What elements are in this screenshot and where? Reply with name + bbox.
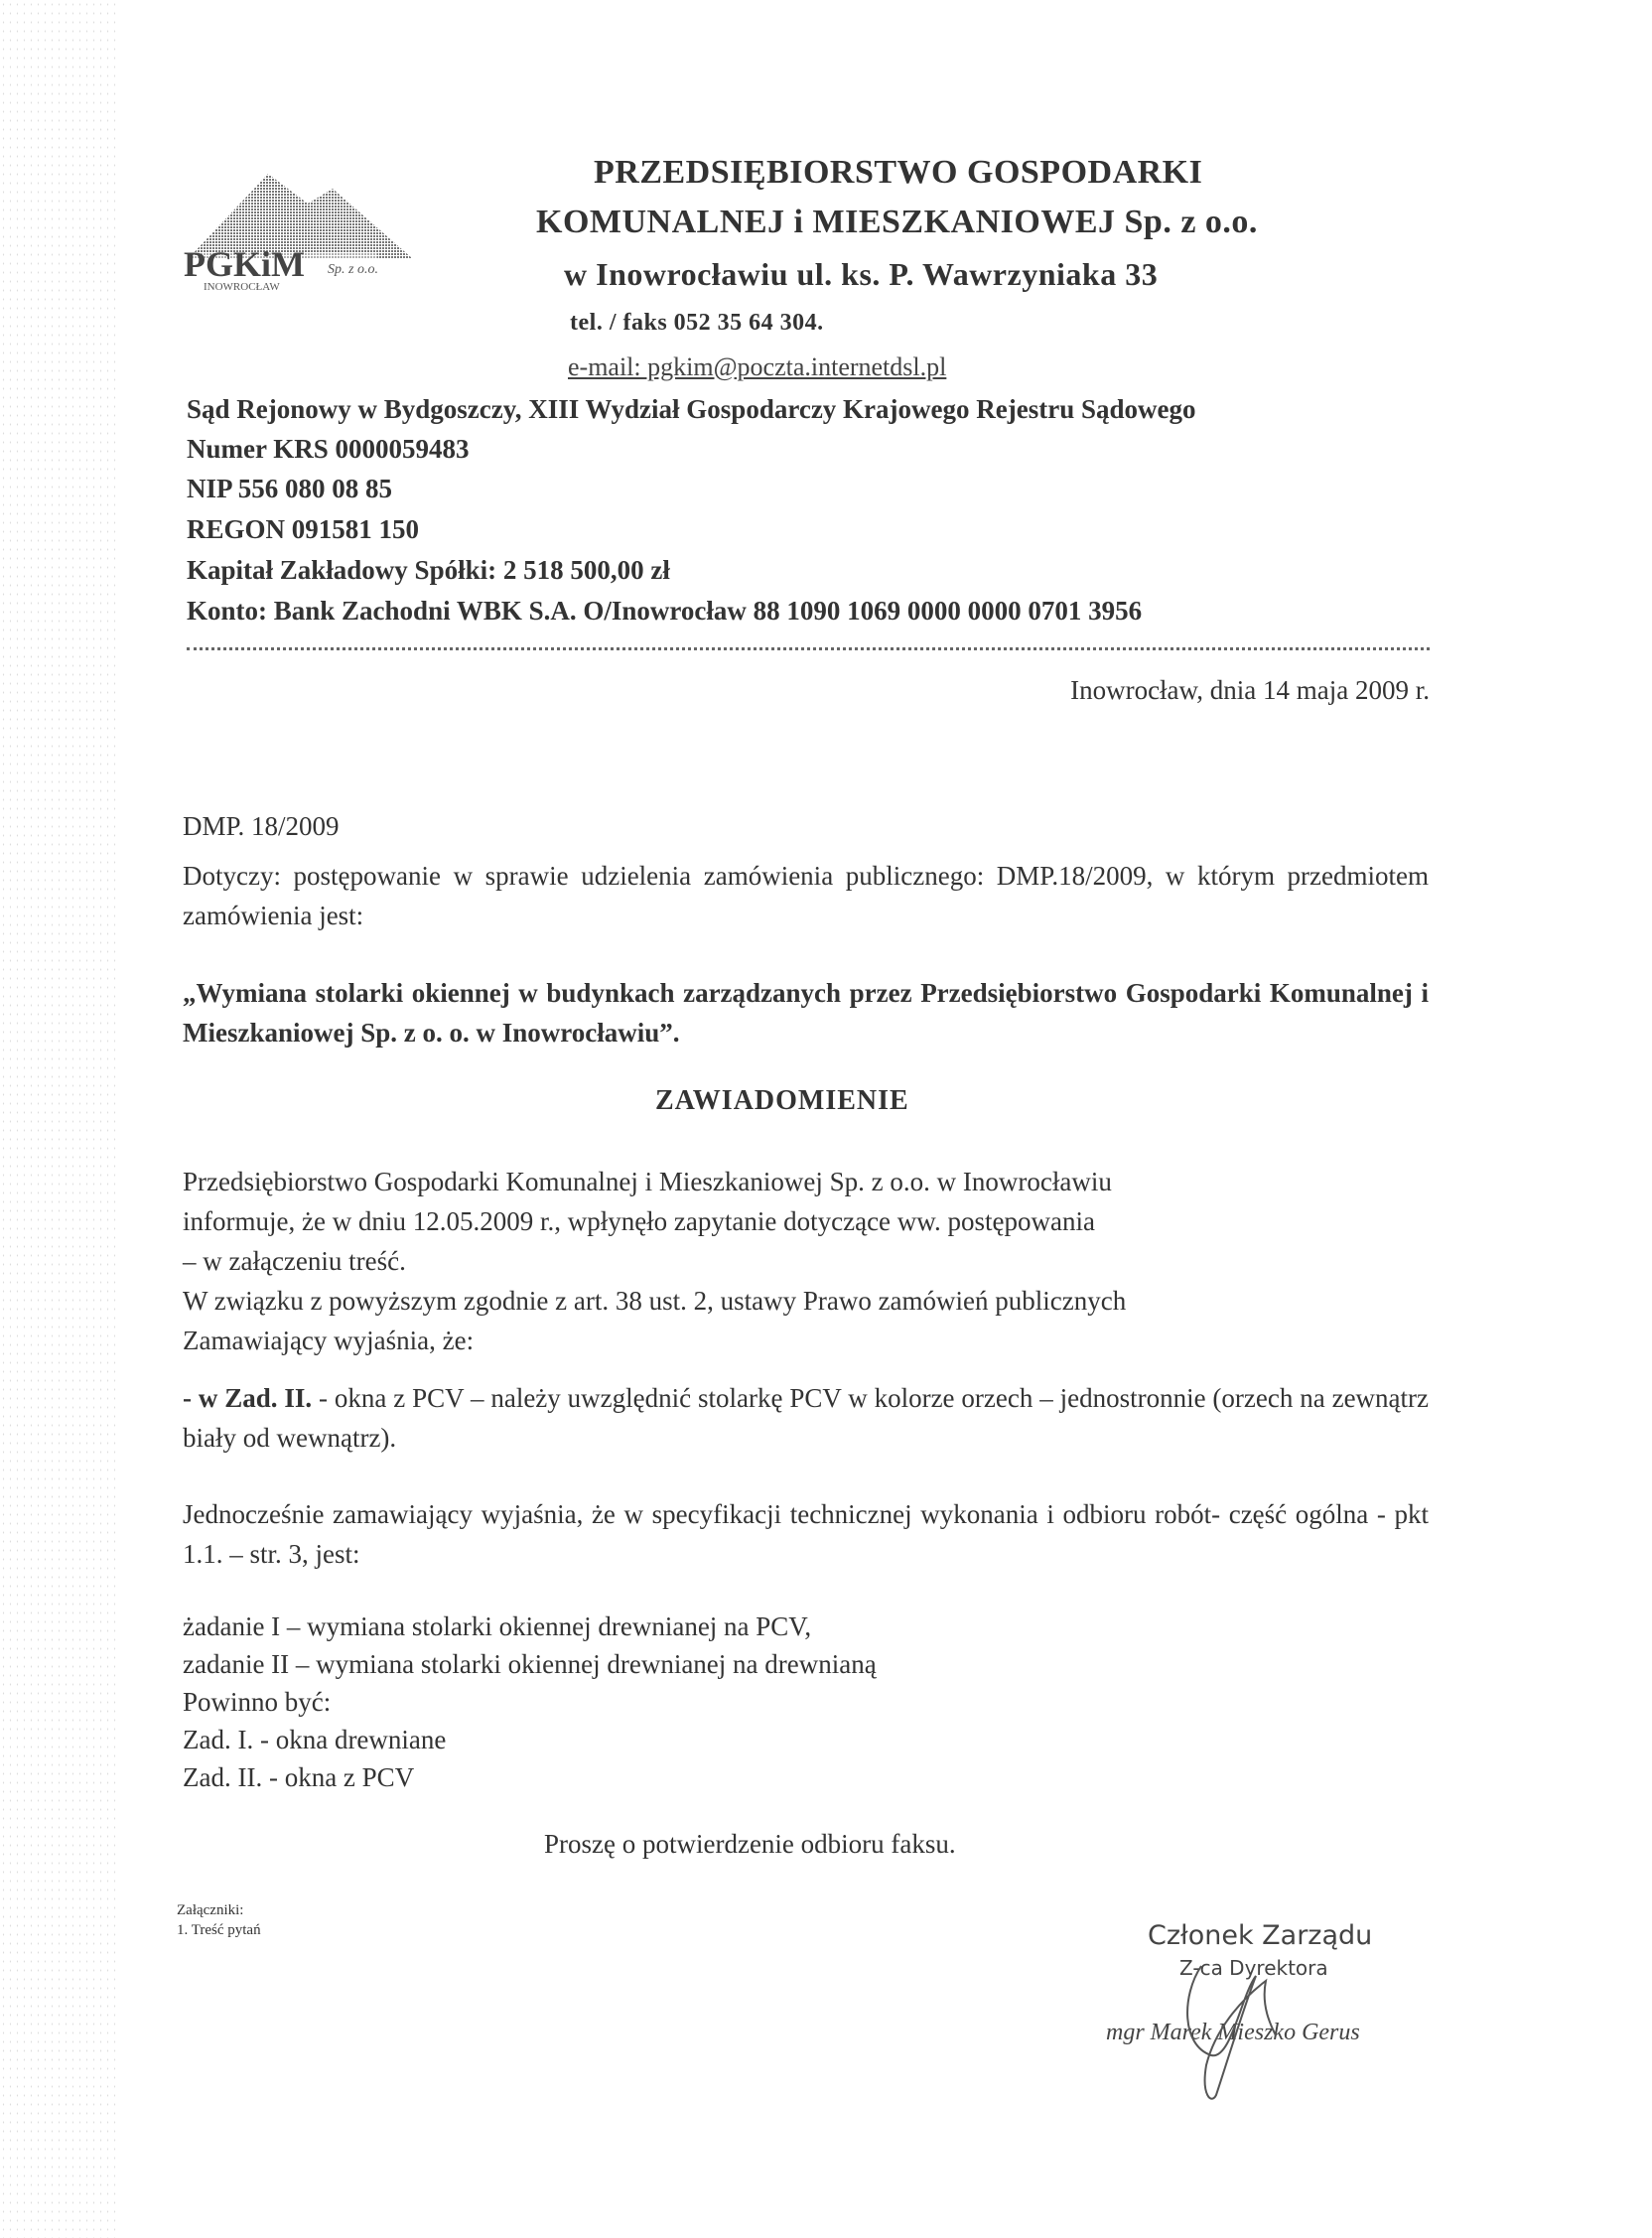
company-name-line1: PRZEDSIĘBIORSTWO GOSPODARKI — [594, 154, 1202, 192]
dotted-divider — [187, 647, 1430, 652]
notice-line: Przedsiębiorstwo Gospodarki Komunalnej i… — [183, 1162, 1126, 1201]
registry-court: Sąd Rejonowy w Bydgoszczy, XIII Wydział … — [187, 394, 1195, 425]
list-item: Powinno być: — [183, 1682, 877, 1720]
registry-nip: NIP 556 080 08 85 — [187, 474, 392, 504]
additional-clarification: Jednocześnie zamawiający wyjaśnia, że w … — [183, 1494, 1429, 1574]
clarification-point: - w Zad. II. - okna z PCV – należy uwzgl… — [183, 1378, 1429, 1458]
reference-number: DMP. 18/2009 — [183, 806, 340, 846]
task-list: żadanie I – wymiana stolarki okiennej dr… — [183, 1607, 877, 1795]
registry-krs: Numer KRS 0000059483 — [187, 434, 470, 465]
list-item: Zad. II. - okna z PCV — [183, 1757, 877, 1795]
document-page: PGKiM Sp. z o.o. INOWROCŁAW PRZEDSIĘBIOR… — [0, 0, 1652, 2238]
company-name-line2: KOMUNALNEJ i MIESZKANIOWEJ Sp. z o.o. — [536, 204, 1258, 241]
scan-noise — [0, 0, 119, 2238]
svg-text:INOWROCŁAW: INOWROCŁAW — [204, 281, 280, 293]
notice-line: – w załączeniu treść. — [183, 1241, 1126, 1281]
attachments: Załączniki: 1. Treść pytań — [177, 1900, 261, 1940]
notice-line: Zamawiający wyjaśnia, że: — [183, 1321, 1126, 1360]
registry-account: Konto: Bank Zachodni WBK S.A. O/Inowrocł… — [187, 596, 1142, 627]
list-item: Zad. I. - okna drewniane — [183, 1720, 877, 1757]
svg-text:Sp. z o.o.: Sp. z o.o. — [328, 262, 378, 277]
notice-paragraph: Przedsiębiorstwo Gospodarki Komunalnej i… — [183, 1162, 1126, 1360]
company-phone: tel. / faks 052 35 64 304. — [570, 310, 824, 337]
point-text: - okna z PCV – należy uwzględnić stolark… — [183, 1383, 1429, 1453]
closing-request: Proszę o potwierdzenie odbioru faksu. — [544, 1829, 956, 1860]
attachments-label: Załączniki: — [177, 1900, 261, 1920]
company-logo: PGKiM Sp. z o.o. INOWROCŁAW — [159, 149, 437, 298]
notice-line: W związku z powyższym zgodnie z art. 38 … — [183, 1281, 1126, 1321]
subject-title: „Wymiana stolarki okiennej w budynkach z… — [183, 973, 1429, 1052]
list-item: zadanie II – wymiana stolarki okiennej d… — [183, 1644, 877, 1682]
handwritten-signature-icon — [1171, 1956, 1291, 2105]
notice-line: informuje, że w dniu 12.05.2009 r., wpły… — [183, 1201, 1126, 1241]
registry-regon: REGON 091581 150 — [187, 514, 419, 545]
notice-heading: ZAWIADOMIENIE — [655, 1085, 909, 1117]
point-label: - w Zad. II. — [183, 1383, 312, 1413]
date-line: Inowrocław, dnia 14 maja 2009 r. — [1070, 675, 1430, 706]
attachment-item: 1. Treść pytań — [177, 1920, 261, 1940]
list-item: żadanie I – wymiana stolarki okiennej dr… — [183, 1607, 877, 1644]
registry-capital: Kapitał Zakładowy Spółki: 2 518 500,00 z… — [187, 555, 670, 586]
svg-text:PGKiM: PGKiM — [184, 244, 305, 284]
company-address: w Inowrocławiu ul. ks. P. Wawrzyniaka 33 — [564, 256, 1158, 293]
mountain-logo-icon: PGKiM Sp. z o.o. INOWROCŁAW — [159, 149, 437, 298]
company-email-link[interactable]: e-mail: pgkim@poczta.internetdsl.pl — [568, 352, 946, 382]
signature-role: Członek Zarządu — [1148, 1920, 1372, 1951]
dotyczy-paragraph: Dotyczy: postępowanie w sprawie udzielen… — [183, 856, 1429, 935]
